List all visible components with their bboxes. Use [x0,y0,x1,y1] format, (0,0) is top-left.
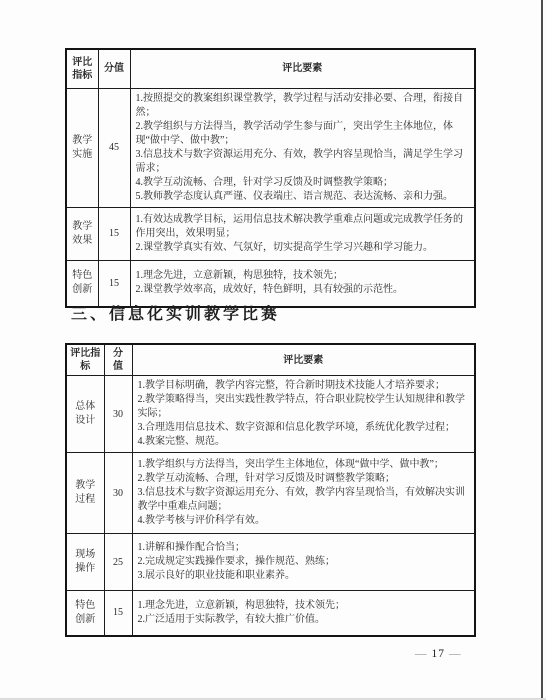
page-number-dash-right: — [445,648,466,660]
column-header-criteria: 评比要素 [132,344,475,376]
criteria-item: 4.教案完整、规范。 [138,435,470,449]
table-row: 教学过程 30 1.教学组织与方法得当，突出学生主体地位，体现“做中学、做中教”… [66,453,475,534]
table-row: 总体设计 30 1.教学目标明确，教学内容完整，符合新时期技术技能人才培养要求；… [66,376,475,453]
criteria-item: 2.课堂教学真实有效、气氛好，切实提高学生学习兴趣和学习能力。 [136,241,470,255]
table-row: 特色创新 15 1.理念先进，立意新颖，构思独特，技术领先； 2.课堂教学效率高… [66,260,475,307]
criteria-item: 5.教师教学态度认真严谨、仪表端庄、语言规范、表达流畅、亲和力强。 [136,190,470,204]
table-row: 现场操作 25 1.讲解和操作配合恰当； 2.完成规定实践操作要求，操作规范、熟… [66,534,475,591]
column-header-criteria: 评比要素 [130,49,475,88]
section-heading: 三、信息化实训教学比赛 [71,301,280,324]
criteria-item: 2.课堂教学效率高，成效好，特色鲜明，具有较强的示范性。 [136,283,470,297]
table-row: 教学效果 15 1.有效达成教学目标，运用信息技术解决教学重难点问题或完成教学任… [66,207,475,260]
page-number-dash-left: — [411,648,432,660]
criteria-item: 1.教学目标明确，教学内容完整，符合新时期技术技能人才培养要求； [138,379,470,393]
column-header-score: 分值 [98,49,130,88]
score-cell: 30 [104,453,132,534]
page-edge-line-right [541,0,543,700]
indicator-cell: 特色创新 [66,591,104,636]
indicator-cell: 教学实施 [66,88,98,207]
criteria-item: 1.理念先进，立意新颖，构思独特，技术领先； [136,269,470,283]
criteria-cell: 1.按照提交的教案组织课堂教学，教学过程与活动安排必要、合理，衔接自然； 2.教… [130,88,475,207]
column-header-score: 分值 [104,344,132,376]
indicator-cell: 教学效果 [66,207,98,260]
criteria-item: 3.信息技术与数字资源运用充分、有效，教学内容呈现恰当，满足学生学习需求； [136,148,470,176]
table-row: 特色创新 15 1.理念先进，立意新颖，构思独特，技术领先； 2.广泛适用于实际… [66,591,475,636]
indicator-cell: 现场操作 [66,534,104,591]
score-cell: 45 [98,88,130,207]
indicator-cell: 特色创新 [66,260,98,307]
criteria-item: 1.讲解和操作配合恰当； [138,541,470,555]
document-page: 评比指标 分值 评比要素 教学实施 45 1.按照提交的教案组织课堂教学，教学过… [0,0,546,700]
column-header-indicator: 评比指标 [66,49,98,88]
table2-header-row: 评比指标 分值 评比要素 [66,344,475,376]
criteria-item: 3.信息技术与数字资源运用充分、有效，教学内容呈现恰当，有效解决实训教学中重难点… [138,486,470,514]
indicator-cell: 总体设计 [66,376,104,453]
score-cell: 15 [98,260,130,307]
criteria-item: 1.教学组织与方法得当，突出学生主体地位，体现“做中学、做中教”； [138,458,470,472]
criteria-item: 1.理念先进，立意新颖，构思独特，技术领先； [138,599,470,613]
criteria-item: 2.教学互动流畅、合理，针对学习反馈及时调整教学策略； [138,472,470,486]
score-cell: 30 [104,376,132,453]
criteria-cell: 1.教学组织与方法得当，突出学生主体地位，体现“做中学、做中教”； 2.教学互动… [132,453,475,534]
criteria-cell: 1.理念先进，立意新颖，构思独特，技术领先； 2.广泛适用于实际教学，有较大推广… [132,591,475,636]
page-number-value: 17 [432,648,446,660]
criteria-item: 2.教学策略得当，突出实践性教学特点，符合职业院校学生认知规律和教学实际； [138,393,470,421]
criteria-cell: 1.讲解和操作配合恰当； 2.完成规定实践操作要求，操作规范、熟练； 3.展示良… [132,534,475,591]
criteria-item: 1.按照提交的教案组织课堂教学，教学过程与活动安排必要、合理，衔接自然； [136,92,470,120]
criteria-cell: 1.有效达成教学目标，运用信息技术解决教学重难点问题或完成教学任务的作用突出，效… [130,207,475,260]
evaluation-table-classroom-teaching: 评比指标 分值 评比要素 教学实施 45 1.按照提交的教案组织课堂教学，教学过… [65,48,476,308]
indicator-cell: 教学过程 [66,453,104,534]
page-number: —17— [411,648,466,660]
criteria-item: 4.教学互动流畅、合理，针对学习反馈及时调整教学策略； [136,176,470,190]
criteria-item: 2.广泛适用于实际教学，有较大推广价值。 [138,613,470,627]
table1-header-row: 评比指标 分值 评比要素 [66,49,475,88]
table-row: 教学实施 45 1.按照提交的教案组织课堂教学，教学过程与活动安排必要、合理，衔… [66,88,475,207]
criteria-item: 2.教学组织与方法得当，教学活动学生参与面广，突出学生主体地位，体现“做中学、做… [136,120,470,148]
criteria-item: 3.合理选用信息技术、数字资源和信息化教学环境，系统优化教学过程； [138,421,470,435]
evaluation-table-practical-training: 评比指标 分值 评比要素 总体设计 30 1.教学目标明确，教学内容完整，符合新… [65,343,476,637]
criteria-item: 4.教学考核与评价科学有效。 [138,514,470,528]
criteria-item: 2.完成规定实践操作要求，操作规范、熟练； [138,555,470,569]
criteria-item: 3.展示良好的职业技能和职业素养。 [138,569,470,583]
column-header-indicator: 评比指标 [66,344,104,376]
score-cell: 25 [104,534,132,591]
score-cell: 15 [98,207,130,260]
criteria-item: 1.有效达成教学目标，运用信息技术解决教学重难点问题或完成教学任务的作用突出，效… [136,213,470,241]
score-cell: 15 [104,591,132,636]
criteria-cell: 1.教学目标明确，教学内容完整，符合新时期技术技能人才培养要求； 2.教学策略得… [132,376,475,453]
criteria-cell: 1.理念先进，立意新颖，构思独特，技术领先； 2.课堂教学效率高，成效好，特色鲜… [130,260,475,307]
